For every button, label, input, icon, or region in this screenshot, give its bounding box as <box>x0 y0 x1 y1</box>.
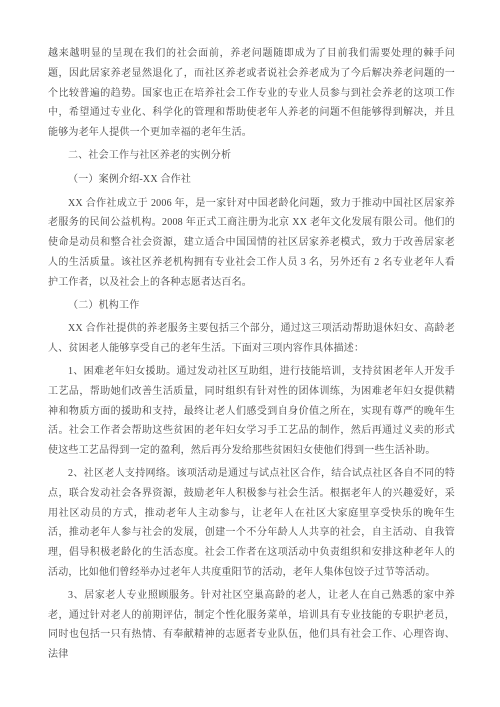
subsection-heading-agency-work: （二）机构工作 <box>48 296 455 316</box>
subsection-heading-case-intro: （一）案例介绍-XX 合作社 <box>48 170 455 190</box>
paragraph-cooperative-intro: XX 合作社成立于 2006 年，是一家针对中国老龄化问题，致力于推动中国社区居… <box>48 194 455 293</box>
paragraph-item-1-women-aid: 1、困难老年妇女援助。通过发动社区互助组，进行技能培训，支持贫困老年人开发手工艺… <box>48 362 455 461</box>
paragraph-continuation: 越来越明显的呈现在我们的社会面前，养老问题随即成为了目前我们需要处理的棘手问题，… <box>48 44 455 143</box>
paragraph-item-2-support-network: 2、社区老人支持网络。该项活动是通过与试点社区合作，结合试点社区各自不同的特点，… <box>48 464 455 583</box>
paragraph-item-3-home-care: 3、居家老人专业照顾服务。针对社区空巢高龄的老人，让老人在自己熟悉的家中养老，通… <box>48 586 455 665</box>
section-heading-2: 二、社会工作与社区养老的实例分析 <box>48 146 455 166</box>
paragraph-services-overview: XX 合作社提供的养老服务主要包括三个部分，通过这三项活动帮助退休妇女、高龄老人… <box>48 319 455 359</box>
document-page: 越来越明显的呈现在我们的社会面前，养老问题随即成为了目前我们需要处理的棘手问题，… <box>0 0 500 707</box>
